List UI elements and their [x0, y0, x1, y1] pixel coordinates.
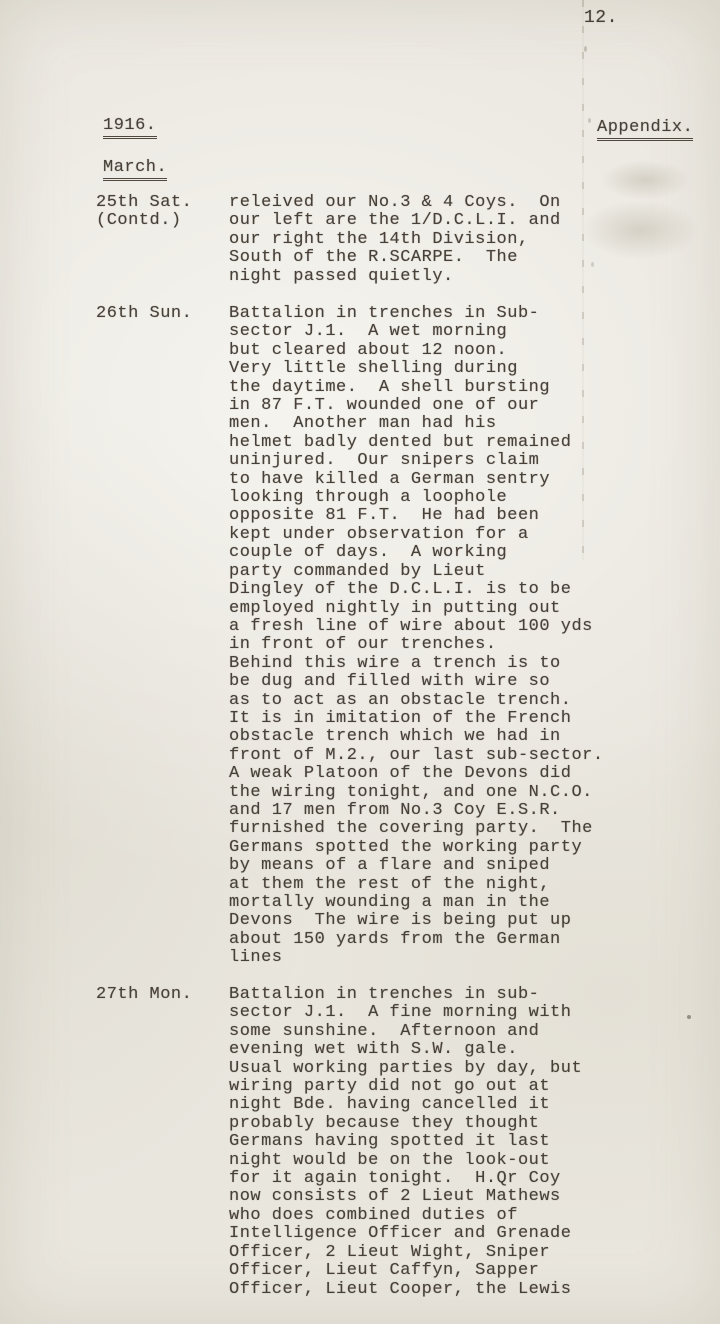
entry-date: 26th Sun. — [96, 305, 226, 323]
entry-body: releived our No.3 & 4 Coys. On our left … — [229, 194, 694, 286]
year-heading: 1916. — [103, 117, 157, 139]
entry-date-note: (Contd.) — [96, 211, 182, 230]
entry-date-label: 26th Sun. — [96, 304, 192, 323]
entry-body: Battalion in trenches in sub- sector J.1… — [229, 986, 694, 1299]
page-number: 12. — [584, 9, 618, 27]
entry-date-label: 25th Sat. — [96, 193, 192, 212]
diary-page: 12. 1916. Appendix. March. 25th Sat.(Con… — [0, 0, 720, 1324]
entry-date-label: 27th Mon. — [96, 985, 192, 1004]
appendix-heading-text: Appendix. — [597, 119, 693, 141]
month-heading-text: March. — [103, 159, 167, 181]
paper-speck — [584, 46, 587, 52]
entry-date: 25th Sat.(Contd.) — [96, 194, 226, 231]
appendix-heading: Appendix. — [597, 119, 693, 141]
year-heading-text: 1916. — [103, 117, 157, 139]
entry-body: Battalion in trenches in Sub- sector J.1… — [229, 305, 694, 968]
paper-speck — [588, 118, 591, 123]
month-heading: March. — [103, 159, 167, 181]
entry-date: 27th Mon. — [96, 986, 226, 1004]
